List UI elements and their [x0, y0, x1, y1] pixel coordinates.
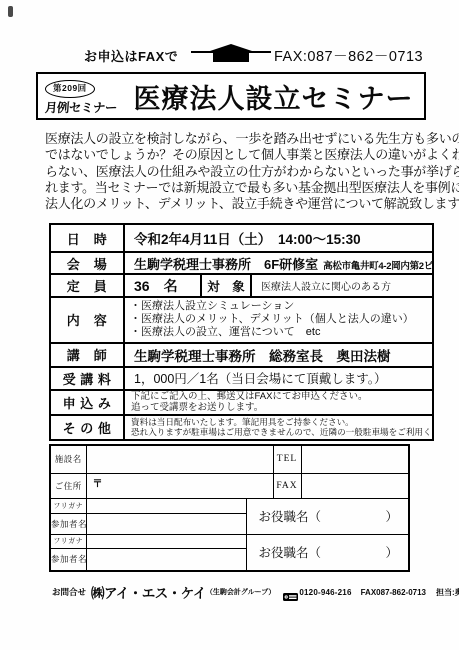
venue-address: 高松市亀井町4-2岡内第2ビル: [323, 261, 433, 272]
seminar-details-table: 日 時 令和2年4月11日（土） 14:00～15:30 会 場 生駒学税理士事…: [49, 223, 434, 441]
intro-line: らない、医療法人の仕組みや設立の仕方がわからないといった事が挙げら: [45, 164, 459, 180]
lecturer-value: 生駒学税理士事務所 総務室長 奥田法樹: [124, 343, 433, 367]
scan-artifact-mark: [8, 6, 13, 17]
venue-label: 会 場: [50, 252, 124, 274]
furigana-field: [86, 534, 246, 548]
role-close-paren: ）: [385, 543, 398, 561]
freedial-icon: [283, 588, 298, 596]
facility-name-label: 施設名: [50, 445, 86, 473]
postal-mark: 〒: [93, 479, 103, 490]
furigana-field: [86, 498, 246, 513]
intro-line: れます。当セミナーでは新規設立で最も多い基金拠出型医療法人を事例に: [45, 180, 459, 196]
table-row-datetime: 日 時 令和2年4月11日（土） 14:00～15:30: [50, 224, 433, 252]
contents-value: ・医療法人設立シミュレーション ・医療法人のメリット、デメリット（個人と法人の違…: [124, 297, 433, 343]
apply-line: 下記にご記入の上、郵送又はFAXにてお申込ください。: [131, 391, 432, 403]
role-field: お役職名（ ）: [246, 534, 409, 571]
table-row-fee: 受 講 料 1，000円／1名（当日会場にて頂戴します。）: [50, 367, 433, 390]
venue-value: 生駒学税理士事務所 6F研修室高松市亀井町4-2岡内第2ビル: [124, 252, 433, 274]
fax-field: [301, 473, 409, 498]
seminar-series-badge: 第209回 月例セミナー: [38, 76, 129, 116]
freedial-number: 0120-946-216: [299, 588, 351, 597]
form-row-furigana-2: フリガナ お役職名（ ）: [50, 534, 409, 548]
apply-value: 下記にご記入の上、郵送又はFAXにてお申込ください。 追って受講票をお送りします…: [124, 390, 433, 415]
table-row-capacity: 定 員 36 名 対 象 医療法人設立に関心のある方: [50, 274, 433, 297]
table-row-venue: 会 場 生駒学税理士事務所 6F研修室高松市亀井町4-2岡内第2ビル: [50, 252, 433, 274]
form-row-address: ご住所 〒 FAX: [50, 473, 409, 498]
contents-label: 内 容: [50, 297, 124, 343]
role-label: お役職名（: [259, 507, 322, 525]
company-name: ㈱アイ・エス・ケイ: [91, 582, 206, 602]
title-box: 第209回 月例セミナー 医療法人設立セミナー: [36, 72, 426, 120]
table-row-apply: 申 込 み 下記にご記入の上、郵送又はFAXにてお申込ください。 追って受講票を…: [50, 390, 433, 415]
participant-name-field: [86, 513, 246, 534]
contents-item: ・医療法人設立シミュレーション: [130, 300, 432, 313]
apply-label: 申 込 み: [50, 390, 124, 415]
contact-label: お問合せ: [52, 586, 86, 598]
fee-value: 1，000円／1名（当日会場にて頂戴します。）: [124, 367, 433, 390]
seminar-fax-form-page: お申込はFAXで FAX:087－862－0713 第209回 月例セミナー 医…: [0, 0, 459, 650]
table-row-lecturer: 講 師 生駒学税理士事務所 総務室長 奥田法樹: [50, 343, 433, 367]
apply-line: 追って受講票をお送りします。: [131, 402, 432, 414]
contents-item: ・医療法人の設立、運営について etc: [130, 326, 432, 339]
intro-paragraph: 医療法人の設立を検討しながら、一歩を踏み出せずにいる先生方も多いの ではないでし…: [45, 131, 459, 212]
capacity-value: 36 名: [124, 274, 201, 297]
table-row-other: そ の 他 資料は当日配布いたします。筆記用具をご持参ください。 恐れ入りますが…: [50, 415, 433, 440]
seminar-number-badge: 第209回: [45, 80, 95, 98]
datetime-label: 日 時: [50, 224, 124, 252]
other-line: 恐れ入りますが駐車場はご用意できませんので、近隣の一般駐車場をご利用ください。: [131, 427, 432, 438]
venue-name: 生駒学税理士事務所 6F研修室: [134, 257, 318, 272]
lecturer-label: 講 師: [50, 343, 124, 367]
address-field: 〒: [86, 473, 273, 498]
participant-name-label: 参加者名: [50, 548, 86, 571]
target-label: 対 象: [201, 274, 251, 297]
address-label: ご住所: [50, 473, 86, 498]
intro-line: 医療法人の設立を検討しながら、一歩を踏み出せずにいる先生方も多いの: [45, 131, 459, 147]
footer-fax-number: FAX087-862-0713: [361, 588, 426, 597]
participant-name-field: [86, 548, 246, 571]
other-line: 資料は当日配布いたします。筆記用具をご持参ください。: [131, 417, 432, 428]
other-value: 資料は当日配布いたします。筆記用具をご持参ください。 恐れ入りますが駐車場はご用…: [124, 415, 433, 440]
furigana-label: フリガナ: [50, 498, 86, 513]
table-row-contents: 内 容 ・医療法人設立シミュレーション ・医療法人のメリット、デメリット（個人と…: [50, 297, 433, 343]
page-title: 医療法人設立セミナー: [129, 77, 424, 116]
target-value: 医療法人設立に関心のある方: [251, 274, 433, 297]
intro-line: ではないでしょうか？その原因として個人事業と医療法人の違いがよくわか: [45, 147, 459, 163]
footer-contact: お問合せ ㈱アイ・エス・ケイ （生駒会計グループ） 0120-946-216 F…: [52, 582, 459, 602]
form-row-facility: 施設名 TEL: [50, 445, 409, 473]
tel-label: TEL: [273, 445, 301, 473]
intro-line: 法人化のメリット、デメリット、設立手続きや運営について解説致します。: [45, 196, 459, 212]
fax-label: FAX: [273, 473, 301, 498]
datetime-value: 令和2年4月11日（土） 14:00～15:30: [124, 224, 433, 252]
apply-by-fax-label: お申込はFAXで: [84, 46, 178, 65]
other-label: そ の 他: [50, 415, 124, 440]
furigana-label: フリガナ: [50, 534, 86, 548]
monthly-seminar-label: 月例セミナー: [44, 98, 129, 116]
facility-name-field: [86, 445, 273, 473]
role-field: お役職名（ ）: [246, 498, 409, 534]
form-row-furigana-1: フリガナ お役職名（ ）: [50, 498, 409, 513]
company-group-note: （生駒会計グループ）: [206, 587, 276, 597]
staff-names: 担当:奥田・岡田: [436, 587, 459, 598]
role-close-paren: ）: [385, 507, 398, 525]
participant-name-label: 参加者名: [50, 513, 86, 534]
fax-number-header: FAX:087－862－0713: [274, 45, 423, 66]
tel-field: [301, 445, 409, 473]
fax-arrow-icon: [191, 42, 271, 64]
fee-label: 受 講 料: [50, 367, 124, 390]
capacity-label: 定 員: [50, 274, 124, 297]
contents-item: ・医療法人のメリット、デメリット（個人と法人の違い）: [130, 313, 432, 326]
role-label: お役職名（: [259, 543, 322, 561]
application-form-table: 施設名 TEL ご住所 〒 FAX フリガナ お役職名（ ） 参加者名: [49, 444, 410, 572]
